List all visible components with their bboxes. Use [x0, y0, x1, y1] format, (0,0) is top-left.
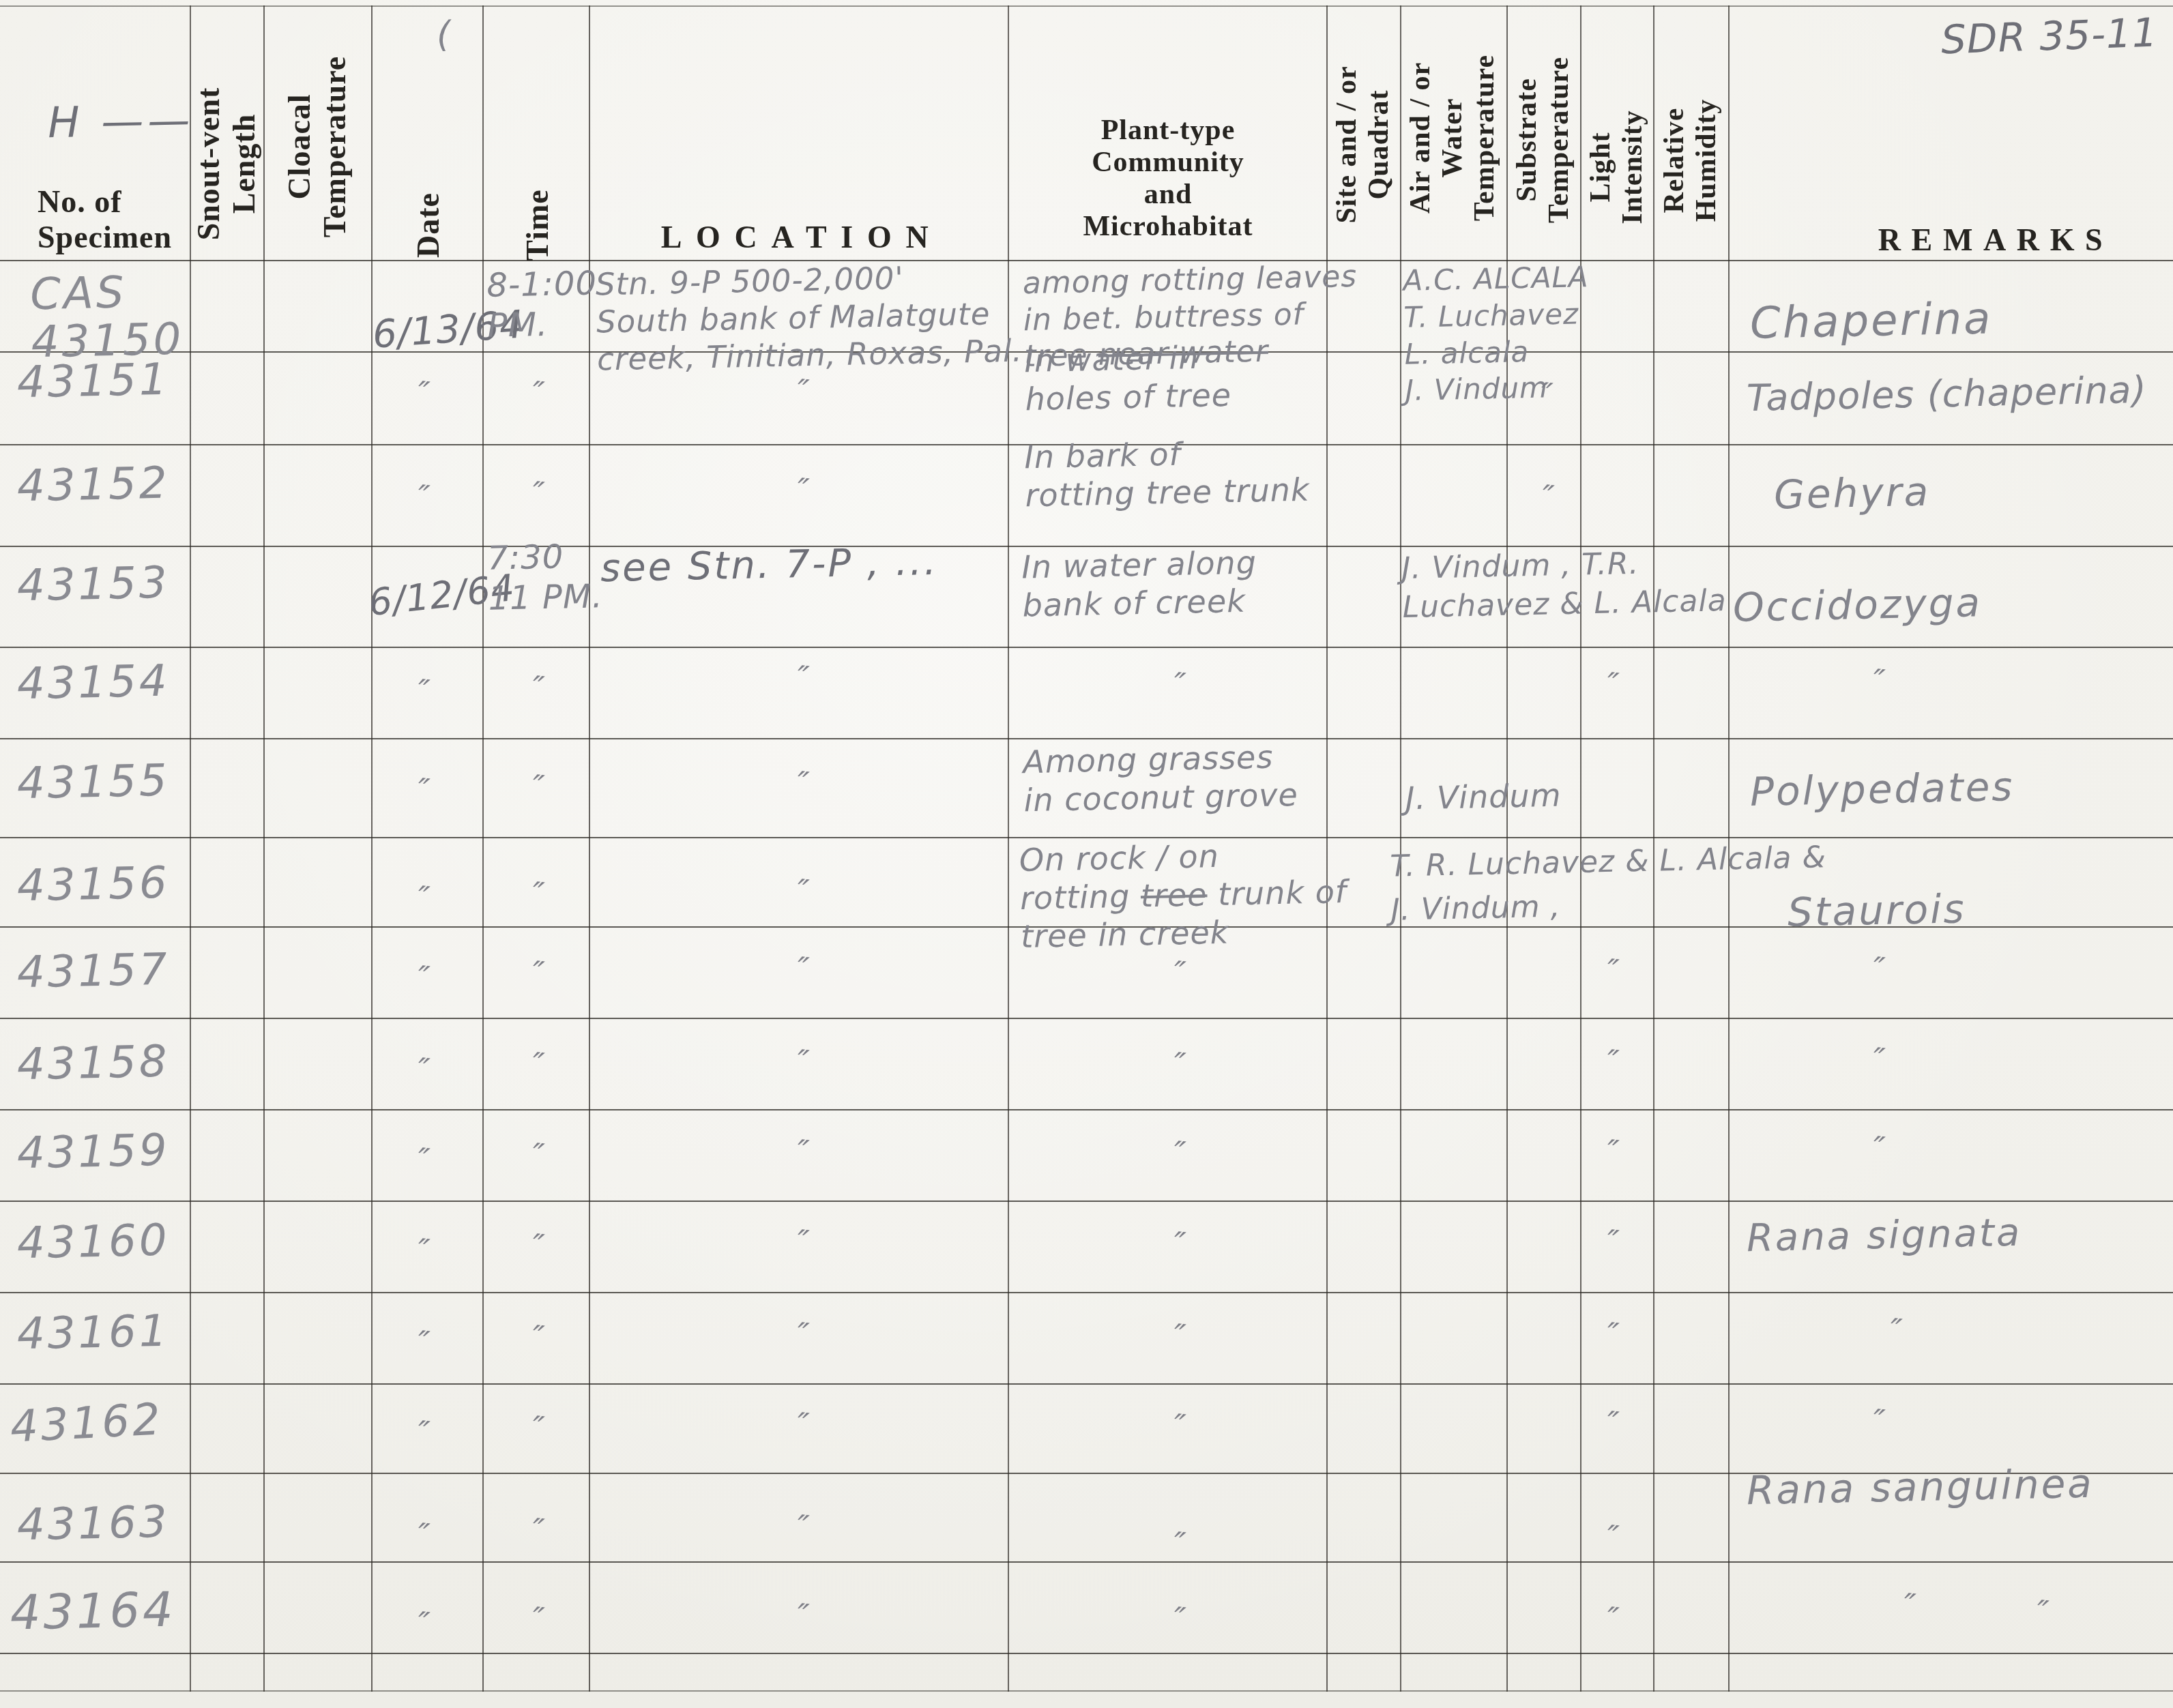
- cell-time-ditto: ″: [530, 473, 546, 513]
- grid-vline: [263, 5, 265, 1692]
- cell-location-ditto: ″: [795, 1507, 811, 1546]
- cell-location-ditto: ″: [795, 658, 811, 697]
- cell-time-ditto: ″: [530, 1317, 546, 1357]
- cell-location-ditto: ″: [795, 763, 811, 803]
- col-header-specimen: No. of Specimen: [38, 184, 172, 254]
- cell-microhabitat-ditto: ″: [1171, 1224, 1188, 1263]
- cell-date-ditto: ″: [415, 1140, 432, 1179]
- cell-location-ditto: ″: [795, 871, 811, 911]
- cell-location-ditto: ″: [795, 1595, 811, 1635]
- col-header-substrate-temperature: Substrate Temperature: [1511, 57, 1575, 223]
- grid-vline: [482, 5, 484, 1692]
- cell-location-ditto: ″: [795, 371, 811, 411]
- cell-specimen: 43159: [16, 1124, 170, 1181]
- cell-microhabitat: In bark of rotting tree trunk: [1024, 432, 1310, 515]
- grid-hline: [0, 1109, 2173, 1110]
- cell-location-ditto: ″: [795, 1042, 811, 1081]
- cell-specimen: 43155: [16, 754, 170, 811]
- cell-microhabitat-ditto: ″: [1171, 1599, 1188, 1638]
- grid-vline: [371, 5, 373, 1692]
- cell-date-ditto: ″: [415, 770, 432, 810]
- cell-microhabitat-ditto: ″: [1171, 1524, 1188, 1563]
- cell-light-ditto: ″: [1605, 951, 1621, 990]
- cell-time-ditto: ″: [530, 874, 546, 913]
- cell-date-ditto: ″: [415, 958, 432, 997]
- cell-collectors: J. Vindum: [1405, 776, 1562, 818]
- cell-microhabitat-ditto: ″: [1171, 1406, 1188, 1445]
- col-header-air-water-temperature: Air and / or Water Temperature: [1405, 55, 1501, 221]
- cell-time-ditto: ″: [530, 1599, 546, 1638]
- cell-time-ditto: ″: [530, 1135, 546, 1175]
- cell-location: see Stn. 7-P , ...: [600, 539, 938, 593]
- cell-remarks: Staurois: [1787, 885, 1966, 937]
- cell-light-ditto: ″: [1605, 1042, 1621, 1081]
- grid-hline: [0, 738, 2173, 739]
- cell-time-ditto: ″: [530, 1044, 546, 1084]
- col-header-relative-humidity: Relative Humidity: [1659, 99, 1723, 222]
- cell-date-ditto: ″: [415, 1604, 432, 1643]
- col-header-time: Time: [520, 189, 555, 261]
- cell-microhabitat-ditto: ″: [1171, 664, 1188, 704]
- col-header-remarks: REMARKS: [1878, 222, 2114, 258]
- cell-remarks-ditto: ″: [2035, 1592, 2051, 1632]
- col-header-date: Date: [411, 192, 446, 258]
- cell-time-ditto: ″: [530, 1226, 546, 1265]
- cell-substrate-ditto: ″: [1540, 477, 1556, 516]
- cell-specimen: 43157: [16, 943, 170, 1000]
- col-header-site-quadrat: Site and / or Quadrat: [1331, 65, 1395, 223]
- cell-location-ditto: ″: [795, 1132, 811, 1171]
- grid-hline: [0, 1383, 2173, 1385]
- cell-remarks-ditto: ″: [1888, 1310, 1904, 1350]
- cell-location: Stn. 9-P 500-2,000' South bank of Malatg…: [595, 257, 1023, 379]
- grid-hline: [0, 1018, 2173, 1019]
- cell-specimen: 43164: [10, 1580, 176, 1642]
- cell-remarks-ditto: ″: [1871, 949, 1887, 988]
- cell-specimen: 43154: [16, 655, 170, 711]
- cell-time-ditto: ″: [530, 767, 546, 806]
- col-header-cloacal-temperature: Cloacal Temperature: [282, 56, 352, 238]
- cell-date-ditto: ″: [415, 1050, 432, 1089]
- cell-date-ditto: ″: [415, 671, 432, 711]
- cell-microhabitat: On rock / on rotting tree trunk of tree …: [1019, 834, 1347, 956]
- cell-collectors: T. R. Luchavez & L. Alcala & J. Vindum ,: [1390, 836, 1828, 932]
- cell-date-ditto: ″: [415, 1413, 432, 1452]
- cell-date-ditto: ″: [415, 1323, 432, 1362]
- cell-light-ditto: ″: [1605, 1403, 1621, 1443]
- cell-remarks-ditto: ″: [1871, 1040, 1887, 1079]
- cell-specimen: CAS 43150: [30, 268, 184, 367]
- cell-microhabitat: In water along bank of creek: [1021, 543, 1258, 624]
- cell-time-ditto: ″: [530, 373, 546, 413]
- cell-remarks: Occidozyga: [1732, 578, 1982, 632]
- cell-light-ditto: ″: [1605, 1599, 1621, 1638]
- cell-location-ditto: ″: [795, 470, 811, 510]
- cell-light-ditto: ″: [1605, 1222, 1621, 1261]
- cell-specimen: 43152: [16, 457, 170, 514]
- grid-vline: [190, 5, 191, 1692]
- cell-location-ditto: ″: [795, 1222, 811, 1261]
- cell-remarks-ditto: ″: [1871, 1128, 1887, 1168]
- cell-microhabitat-ditto: ″: [1171, 1133, 1188, 1173]
- cell-microhabitat: In water in holes of tree: [1024, 338, 1232, 419]
- cell-time-ditto: ″: [530, 668, 546, 707]
- cell-date-ditto: ″: [415, 1515, 432, 1555]
- cell-time-ditto: ″: [530, 1510, 546, 1550]
- specimen-ledger-sheet: SDR 35-11 H —— ( No. of Specimen Snout-v…: [0, 0, 2173, 1708]
- cell-specimen: 43153: [16, 557, 170, 613]
- cell-light-ditto: ″: [1605, 1517, 1621, 1557]
- stray-pencil-mark: (: [436, 14, 452, 57]
- cell-time: 7:30 11 PM.: [487, 536, 603, 619]
- cell-time-ditto: ″: [530, 1408, 546, 1447]
- grid-hline: [0, 1292, 2173, 1293]
- cell-remarks: Tadpoles (chaperina): [1746, 368, 2147, 421]
- grid-hline: [0, 1561, 2173, 1563]
- cell-light-ditto: ″: [1605, 1314, 1621, 1354]
- microhabitat-struck-text: tree: [1140, 876, 1208, 914]
- grid-hline: [0, 260, 2173, 261]
- cell-specimen: 43162: [9, 1393, 164, 1454]
- grid-hline: [0, 1653, 2173, 1654]
- cell-remarks: Rana sanguinea: [1746, 1460, 2094, 1515]
- cell-microhabitat-ditto: ″: [1171, 953, 1188, 992]
- cell-remarks: Chaperina: [1749, 292, 1993, 351]
- cell-microhabitat-ditto: ″: [1171, 1044, 1188, 1084]
- cell-specimen: 43163: [16, 1496, 170, 1552]
- col-header-location: LOCATION: [661, 220, 943, 255]
- cell-microhabitat-ditto: ″: [1171, 1316, 1188, 1355]
- cell-date-ditto: ″: [415, 373, 432, 413]
- cell-specimen: 43161: [16, 1305, 170, 1361]
- grid-hline: [0, 837, 2173, 838]
- specimen-prefix-note: H ——: [47, 94, 194, 149]
- grid-hline: [0, 5, 2173, 7]
- cell-collectors: A.C. ALCALA T. Luchavez L. alcala J. Vin…: [1403, 259, 1592, 409]
- cell-collectors: J. Vindum , T.R. Luchavez & L. Alcala: [1401, 542, 1727, 627]
- cell-specimen: 43151: [16, 353, 170, 410]
- col-header-community-microhabitat: Plant-type Community and Microhabitat: [1083, 115, 1253, 243]
- grid-vline: [589, 5, 590, 1692]
- cell-microhabitat: Among grasses in coconut grove: [1023, 737, 1298, 820]
- cell-location-ditto: ″: [795, 1314, 811, 1354]
- cell-location-ditto: ″: [795, 949, 811, 988]
- cell-location-ditto: ″: [795, 1404, 811, 1444]
- cell-date-ditto: ″: [415, 878, 432, 917]
- cell-remarks-ditto: ″: [1871, 1401, 1887, 1441]
- cell-specimen: 43156: [16, 857, 170, 913]
- cell-remarks-ditto: ″: [1901, 1585, 1918, 1625]
- cell-time: 8-1:00 PM.: [486, 263, 598, 345]
- cell-light-ditto: ″: [1605, 664, 1621, 704]
- col-header-light-intensity: Light Intensity: [1585, 110, 1649, 224]
- cell-light-ditto: ″: [1605, 1132, 1621, 1171]
- grid-hline: [0, 1690, 2173, 1692]
- cell-date-ditto: ″: [415, 1231, 432, 1270]
- cell-remarks: Gehyra: [1773, 468, 1931, 520]
- col-header-snout-vent-length: Snout-vent Length: [191, 87, 261, 241]
- cell-date-ditto: ″: [415, 477, 432, 516]
- cell-specimen: 43160: [16, 1214, 170, 1271]
- grid-hline: [0, 647, 2173, 648]
- cell-remarks: Polypedates: [1749, 763, 2015, 816]
- cell-remarks-ditto: ″: [1871, 661, 1887, 701]
- grid-hline: [0, 1201, 2173, 1202]
- sheet-code-note: SDR 35-11: [1940, 8, 2159, 64]
- cell-time-ditto: ″: [530, 953, 546, 992]
- cell-specimen: 43158: [16, 1035, 170, 1092]
- cell-remarks: Rana signata: [1746, 1210, 2022, 1263]
